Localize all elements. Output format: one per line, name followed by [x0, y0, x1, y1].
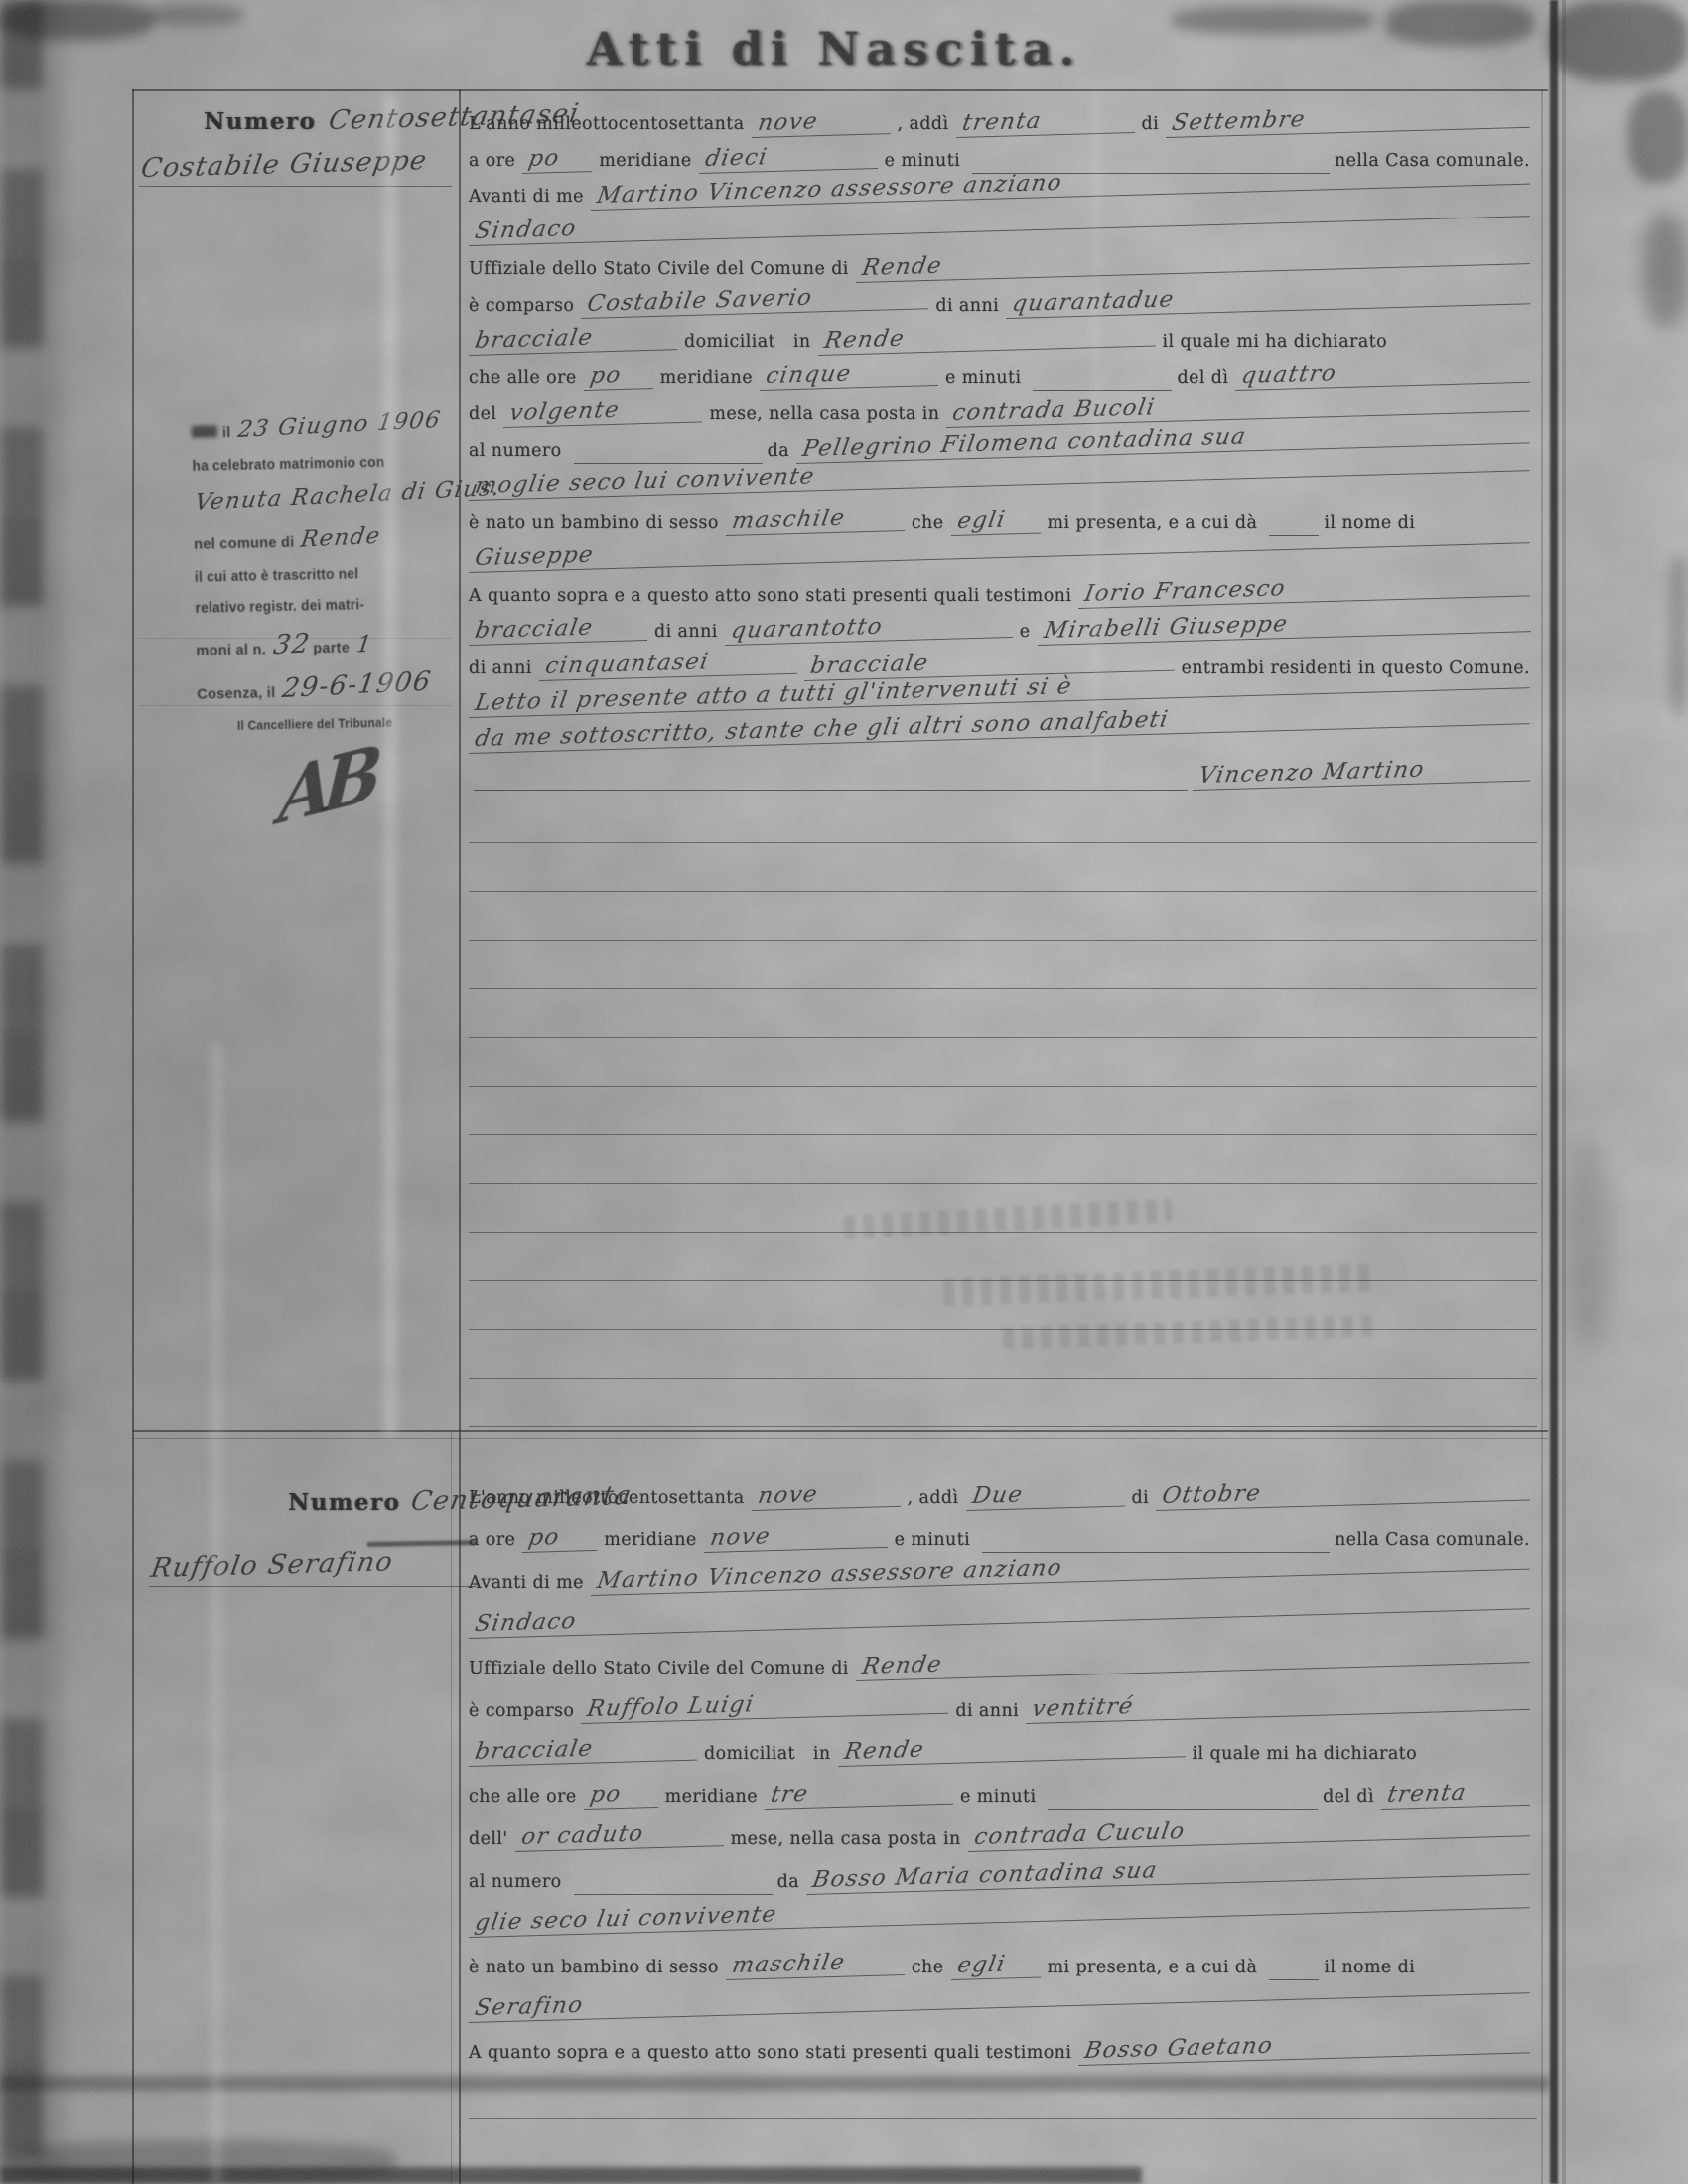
- handwritten-entry: Mirabelli Giuseppe: [1038, 606, 1535, 646]
- child-name-handwritten: Ruffolo Serafino: [149, 1548, 395, 1582]
- printed-label: del dì: [1177, 368, 1228, 391]
- left-edge-shadow: [44, 0, 62, 2184]
- stamp-line-7-handwritten-number: 32: [271, 630, 312, 658]
- handwritten-entry: bracciale: [469, 1734, 701, 1767]
- printed-label: di anni: [469, 658, 532, 681]
- stamp-line-7-handwritten-part: 1: [354, 633, 373, 656]
- stamp-line-1-handwritten-date: 23 Giugno 1906: [236, 409, 443, 442]
- blank-ruled-line: [469, 941, 1537, 989]
- white-scan-streak-3: [1092, 89, 1100, 785]
- blank-ruled-line: [469, 843, 1537, 892]
- record1-child-name-row: Costabile Giuseppe: [139, 155, 452, 187]
- right-edge-blot-4: [1569, 1142, 1609, 1351]
- stamp-line-1: il 23 Giugno 1906: [192, 414, 460, 443]
- printed-label: è comparso: [469, 296, 574, 319]
- handwritten-entry: contrada Cuculo: [968, 1811, 1534, 1852]
- handwritten-entry: dieci: [699, 143, 882, 174]
- form-line: è comparsoCostabile Saveriodi anniquaran…: [469, 283, 1537, 320]
- handwritten-entry: Rende: [818, 320, 1160, 356]
- printed-label: Avanti di me: [469, 187, 584, 210]
- stamp-ink-blot: [192, 425, 217, 438]
- form-line: A quanto sopra e a questo atto sono stat…: [469, 2023, 1537, 2066]
- printed-label: a ore: [469, 1530, 515, 1553]
- column-divider-line: [459, 89, 461, 2184]
- handwritten-entry: Costabile Saverio: [581, 283, 932, 319]
- printed-label: e minuti: [895, 1530, 970, 1553]
- top-right-ink-blot-2: [1385, 0, 1534, 46]
- handwritten-entry: maschile: [726, 1950, 909, 1980]
- blank-underline: [1048, 1799, 1318, 1810]
- printed-label: è comparso: [469, 1701, 574, 1724]
- blank-ruled-line: [469, 1038, 1537, 1087]
- printed-label: da: [768, 441, 789, 464]
- right-edge-blot-2: [1643, 214, 1688, 328]
- page-fold-dark-line-2: [1562, 0, 1566, 2184]
- form-line: moglie seco lui convivente: [469, 464, 1537, 501]
- form-line: Serafino: [469, 1980, 1537, 2023]
- frame-top-line: [132, 89, 1548, 91]
- printed-label: che alle ore: [469, 1787, 577, 1810]
- handwritten-entry: trenta: [1381, 1780, 1534, 1810]
- handwritten-entry: po: [584, 1782, 662, 1810]
- handwritten-entry: trenta: [956, 106, 1139, 137]
- blank-underline: [1033, 380, 1172, 391]
- printed-label: dell': [469, 1829, 508, 1852]
- form-line: A quanto sopra e a questo atto sono stat…: [469, 573, 1537, 610]
- handwritten-entry: Due: [966, 1480, 1129, 1511]
- handwritten-entry: tre: [765, 1779, 957, 1810]
- printed-label: meridiane: [599, 151, 691, 174]
- printed-label: e minuti: [885, 151, 960, 174]
- stamp-line-7: moni al n. 32 parte 1: [196, 628, 465, 660]
- blank-underline: [574, 1884, 773, 1895]
- stamp-line-9: Il Cancelliere del Tribunale: [237, 715, 452, 732]
- blank-ruled-line: [469, 1087, 1537, 1135]
- printed-label: meridiane: [660, 368, 753, 391]
- printed-label: L'anno milleottocentosettanta: [469, 114, 745, 137]
- handwritten-entry: quarantotto: [725, 611, 1017, 645]
- form-line: Sindaco: [469, 1596, 1537, 1639]
- printed-label: Avanti di me: [469, 1573, 584, 1596]
- handwritten-entry: nove: [752, 1481, 905, 1511]
- form-line: che alle orepomeridianecinquee minutidel…: [469, 356, 1537, 392]
- printed-label: , addì: [908, 1488, 959, 1511]
- printed-label: che: [912, 1958, 944, 1980]
- printed-label: meridiane: [604, 1530, 696, 1553]
- printed-label: e minuti: [945, 368, 1021, 391]
- handwritten-entry: or caduto: [515, 1820, 728, 1852]
- stamp-line-8-label: Cosenza, il: [197, 685, 275, 703]
- white-scan-streak-2: [211, 1043, 221, 2184]
- printed-label: è nato un bambino di sesso: [469, 1958, 719, 1980]
- printed-label: di: [1142, 114, 1160, 137]
- handwritten-entry: nove: [752, 107, 895, 137]
- stamp-line-2: ha celebrato matrimonio con: [192, 455, 444, 475]
- handwritten-entry: maschile: [726, 506, 909, 536]
- blank-underline: [574, 453, 763, 464]
- record2-child-name-row: Ruffolo Serafino: [149, 1555, 477, 1587]
- handwritten-entry: bracciale: [469, 324, 681, 356]
- numero-label: Numero: [288, 1489, 400, 1516]
- handwritten-entry: cinque: [760, 361, 942, 391]
- printed-label: domiciliat in: [704, 1744, 831, 1767]
- form-line: Vincenzo Martino: [469, 754, 1537, 791]
- printed-label: mese, nella casa posta in: [709, 404, 939, 427]
- form-line: è comparsoRuffolo Luigidi anniventitré: [469, 1681, 1537, 1724]
- stamp-line-7-label: moni al n.: [196, 642, 266, 658]
- left-edge-scan-band: [0, 0, 44, 2184]
- printed-label: Uffiziale dello Stato Civile del Comune …: [469, 259, 849, 282]
- bottom-left-blot: [0, 2140, 397, 2184]
- printed-label: di anni: [654, 622, 718, 645]
- blank-underline: [474, 780, 1188, 791]
- form-line: braccialedi anniquarantottoeMirabelli Gi…: [469, 609, 1537, 646]
- form-line: Uffiziale dello Stato Civile del Comune …: [469, 1639, 1537, 1681]
- printed-label: A quanto sopra e a questo atto sono stat…: [469, 586, 1071, 609]
- printed-label: meridiane: [665, 1787, 758, 1810]
- handwritten-entry: volgente: [503, 396, 706, 428]
- printed-label: al numero: [469, 441, 562, 464]
- record-separator-line: [132, 1430, 1548, 1432]
- record1-form-lines: L'anno milleottocentosettantanove, addìt…: [469, 101, 1537, 791]
- top-left-ink-blot: [0, 0, 154, 40]
- blank-ruled-line: [469, 1379, 1537, 1427]
- form-line: braccialedomiciliat inRendeil quale mi h…: [469, 319, 1537, 356]
- frame-left-line: [132, 89, 134, 2184]
- printed-label: il quale mi ha dichiarato: [1163, 332, 1387, 355]
- printed-label: Uffiziale dello Stato Civile del Comune …: [469, 1659, 849, 1681]
- stamp-line-4-handwritten-comune: Rende: [300, 524, 383, 551]
- form-line: L'anno milleottocentosettantanove, addìD…: [469, 1468, 1537, 1511]
- stamp-line-1-label: il: [222, 425, 231, 441]
- numero-label: Numero: [204, 108, 316, 135]
- handwritten-entry: cinquantasei: [539, 649, 801, 681]
- top-right-corner-blot: [1549, 0, 1688, 81]
- frame-right-line: [1541, 89, 1543, 2184]
- stamp-line-8-handwritten-date: 29-6-1906: [281, 667, 434, 702]
- page-title: Atti di Nascita.: [467, 22, 1201, 75]
- handwritten-entry: po: [522, 1526, 601, 1553]
- right-edge-blot-3: [1668, 556, 1688, 715]
- stamp-line-5: il cui atto è trascritto nel: [195, 565, 447, 585]
- printed-label: il quale mi ha dichiarato: [1193, 1744, 1417, 1767]
- printed-label: a ore: [469, 151, 515, 174]
- handwritten-entry: Ruffolo Luigi: [581, 1688, 952, 1724]
- printed-label: domiciliat in: [684, 332, 811, 355]
- printed-label: mese, nella casa posta in: [731, 1829, 961, 1852]
- page-fold-dark-line: [1550, 0, 1558, 2184]
- right-edge-blot-1: [1628, 91, 1688, 183]
- top-right-ink-blot-1: [1172, 6, 1375, 34]
- handwritten-entry: quarantadue: [1006, 278, 1534, 319]
- handwritten-entry: po: [584, 364, 657, 391]
- blank-ruled-line: [469, 989, 1537, 1038]
- handwritten-entry: po: [522, 146, 596, 174]
- form-line: che alle orepomeridianetree minutidel dì…: [469, 1767, 1537, 1810]
- handwritten-entry: ventitré: [1026, 1684, 1534, 1724]
- record2-form-lines: L'anno milleottocentosettantanove, addìD…: [469, 1468, 1537, 2066]
- stamp-line-4-label: nel comune di: [194, 534, 295, 552]
- printed-label: è nato un bambino di sesso: [469, 513, 719, 536]
- stamp-line-6: relativo registr. dei matri-: [195, 597, 447, 617]
- top-left-ink-blot-2: [149, 4, 243, 26]
- handwritten-entry: Bosso Gaetano: [1078, 2027, 1534, 2066]
- record-separator-line-2: [132, 1438, 1548, 1439]
- printed-label: L'anno milleottocentosettanta: [469, 1488, 745, 1511]
- white-scan-streak-1: [383, 94, 397, 1435]
- form-line: a orepomeridianenovee minutinella Casa c…: [469, 1511, 1537, 1553]
- handwritten-entry: Iorio Francesco: [1078, 570, 1534, 609]
- printed-label: e: [1020, 622, 1031, 645]
- blank-ruled-line: [469, 795, 1537, 843]
- stamp-line-8: Cosenza, il 29-6-1906: [197, 671, 466, 704]
- blank-ruled-line: [469, 1135, 1537, 1184]
- handwritten-entry: bracciale: [469, 614, 651, 645]
- form-line: dell'or cadutomese, nella casa posta inc…: [469, 1810, 1537, 1852]
- stamp-line-4: nel comune di Rende: [194, 525, 462, 554]
- form-line: glie seco lui convivente: [469, 1895, 1537, 1938]
- stamp-line-3: Venuta Rachela di Gius.: [193, 486, 461, 514]
- printed-label: di anni: [955, 1701, 1019, 1724]
- stamp-line-7-label-2: parte: [313, 640, 350, 656]
- form-line: da me sottoscritto, stante che gli altri…: [469, 718, 1537, 755]
- bottom-scan-fold-band: [0, 2076, 1550, 2091]
- printed-label: e minuti: [960, 1787, 1036, 1810]
- handwritten-entry: egli: [951, 1952, 1045, 1980]
- printed-label: , addì: [898, 114, 949, 137]
- printed-label: A quanto sopra e a questo atto sono stat…: [469, 2043, 1071, 2066]
- printed-label: del dì: [1323, 1787, 1374, 1810]
- blank-ruled-line: [469, 892, 1537, 941]
- printed-label: che alle ore: [469, 368, 577, 391]
- form-line: Uffiziale dello Stato Civile del Comune …: [469, 246, 1537, 283]
- printed-label: che: [912, 513, 944, 536]
- handwritten-entry: Settembre: [1166, 101, 1534, 137]
- printed-label: al numero: [469, 1872, 562, 1895]
- form-line: braccialedomiciliat inRendeil quale mi h…: [469, 1724, 1537, 1767]
- printed-label: di: [1132, 1488, 1150, 1511]
- blank-ruled-line: [469, 1233, 1537, 1281]
- stamp-line-3-handwritten-name: Venuta Rachela di Gius.: [194, 476, 502, 513]
- handwritten-entry: Ottobre: [1156, 1474, 1534, 1511]
- handwritten-entry: Rende: [838, 1731, 1190, 1767]
- printed-label: del: [469, 404, 496, 427]
- record1-margin-marriage-stamp: il 23 Giugno 1906 ha celebrato matrimoni…: [192, 414, 467, 750]
- handwritten-entry: Rende: [856, 1637, 1534, 1681]
- form-line: Giuseppe: [469, 536, 1537, 573]
- form-line: Sindaco: [469, 211, 1537, 247]
- form-line: L'anno milleottocentosettantanove, addìt…: [469, 101, 1537, 138]
- printed-label: da: [777, 1872, 799, 1895]
- printed-label: di anni: [935, 296, 999, 319]
- handwritten-entry: nove: [704, 1523, 892, 1553]
- handwritten-entry: Vincenzo Martino: [1193, 755, 1534, 791]
- scanned-birth-register-page: Atti di Nascita. Numero Centosettantasei…: [0, 0, 1688, 2184]
